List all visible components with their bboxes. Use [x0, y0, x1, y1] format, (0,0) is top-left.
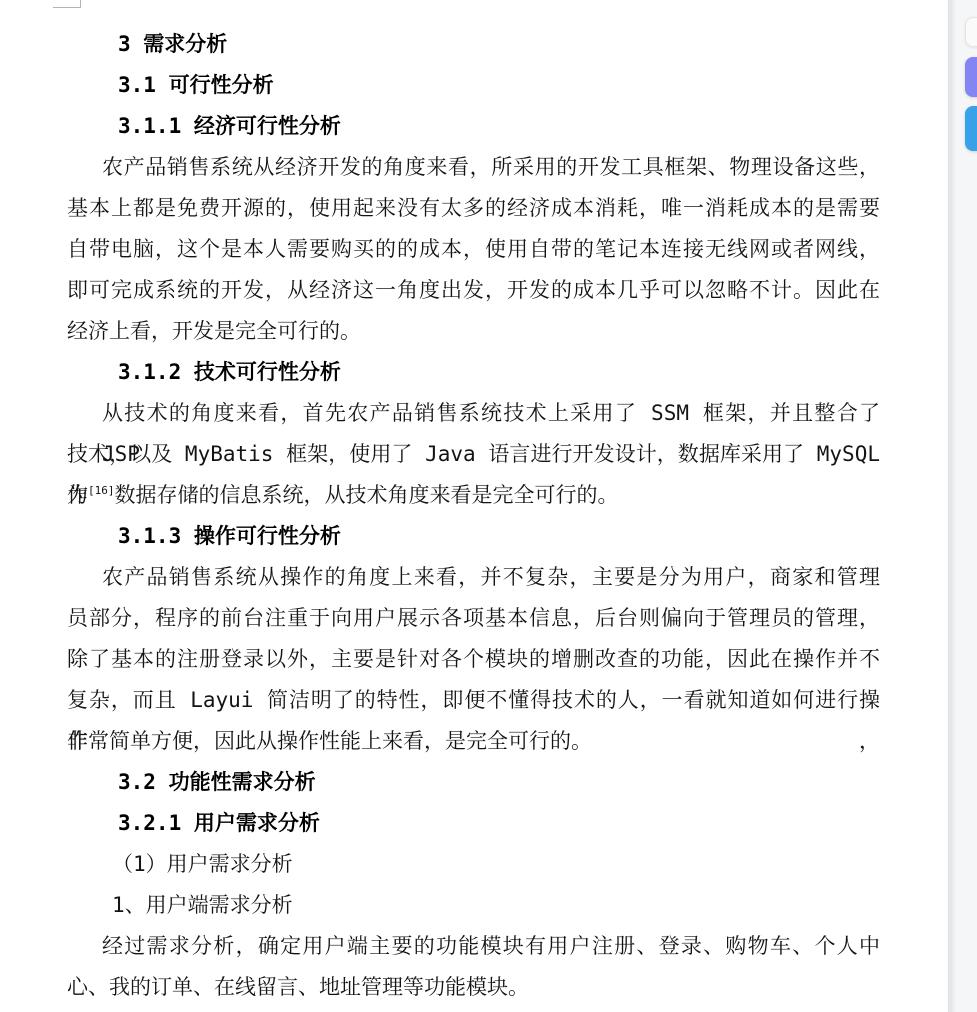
paragraph-3-line-1: 农产品销售系统从操作的角度上来看，并不复杂，主要是分为用户，商家和管理: [67, 557, 880, 598]
paragraph-3-line-2: 员部分，程序的前台注重于向用户展示各项基本信息，后台则偏向于管理员的管理，: [67, 598, 880, 639]
paragraph-1-line-1: 农产品销售系统从经济开发的角度来看，所采用的开发工具框架、物理设备这些，: [67, 147, 880, 188]
paragraph-1-line-5: 经济上看，开发是完全可行的。: [67, 311, 880, 352]
citation-ref-16: [16]: [88, 484, 115, 497]
heading-3-3-1-1: 3.1.1 经济可行性分析: [67, 106, 880, 147]
margin-corner-marker: [53, 0, 81, 8]
list-item-1: （1）用户需求分析: [67, 844, 880, 885]
paragraph-1-line-2: 基本上都是免费开源的，使用起来没有太多的经济成本消耗，唯一消耗成本的是需要: [67, 188, 880, 229]
edge-widget-purple[interactable]: [965, 57, 977, 97]
edge-widget-blue[interactable]: [965, 106, 977, 151]
heading-2-3-2: 3.2 功能性需求分析: [67, 762, 880, 803]
page-right-edge: [948, 0, 956, 1012]
document-page: 3 需求分析 3.1 可行性分析 3.1.1 经济可行性分析 农产品销售系统从经…: [0, 0, 977, 1012]
paragraph-4-line-1: 经过需求分析，确定用户端主要的功能模块有用户注册、登录、购物车、个人中: [67, 926, 880, 967]
paragraph-2-line-1: 从技术的角度来看，首先农产品销售系统技术上采用了 SSM 框架，并且整合了 JS…: [67, 393, 880, 434]
heading-3-3-1-2: 3.1.2 技术可行性分析: [67, 352, 880, 393]
heading-3-3-1-3: 3.1.3 操作可行性分析: [67, 516, 880, 557]
heading-3-3-2-1: 3.2.1 用户需求分析: [67, 803, 880, 844]
paragraph-1-line-4: 即可完成系统的开发，从经济这一角度出发，开发的成本几乎可以忽略不计。因此在: [67, 270, 880, 311]
paragraph-2-line-3: 为[16]数据存储的信息系统，从技术角度来看是完全可行的。: [67, 475, 880, 516]
paragraph-4-line-2: 心、我的订单、在线留言、地址管理等功能模块。: [67, 967, 880, 1008]
heading-2-3-1: 3.1 可行性分析: [67, 65, 880, 106]
paragraph-3-line-4: 复杂，而且 Layui 简洁明了的特性，即便不懂得技术的人，一看就知道如何进行操…: [67, 680, 880, 721]
heading-1: 3 需求分析: [67, 24, 880, 65]
paragraph-2-line-2: 技术，以及 MyBatis 框架，使用了 Java 语言进行开发设计，数据库采用…: [67, 434, 880, 475]
list-item-2: 1、用户端需求分析: [67, 885, 880, 926]
paragraph-3-line-3: 除了基本的注册登录以外，主要是针对各个模块的增删改查的功能，因此在操作并不: [67, 639, 880, 680]
paragraph-2-line-3-rest: 数据存储的信息系统，从技术角度来看是完全可行的。: [115, 483, 619, 507]
document-body[interactable]: 3 需求分析 3.1 可行性分析 3.1.1 经济可行性分析 农产品销售系统从经…: [67, 24, 880, 1008]
paragraph-2-line-3-text: 为: [67, 483, 88, 507]
edge-widget-gray[interactable]: [965, 17, 977, 47]
paragraph-1-line-3: 自带电脑，这个是本人需要购买的的成本，使用自带的笔记本连接无线网或者网线，: [67, 229, 880, 270]
